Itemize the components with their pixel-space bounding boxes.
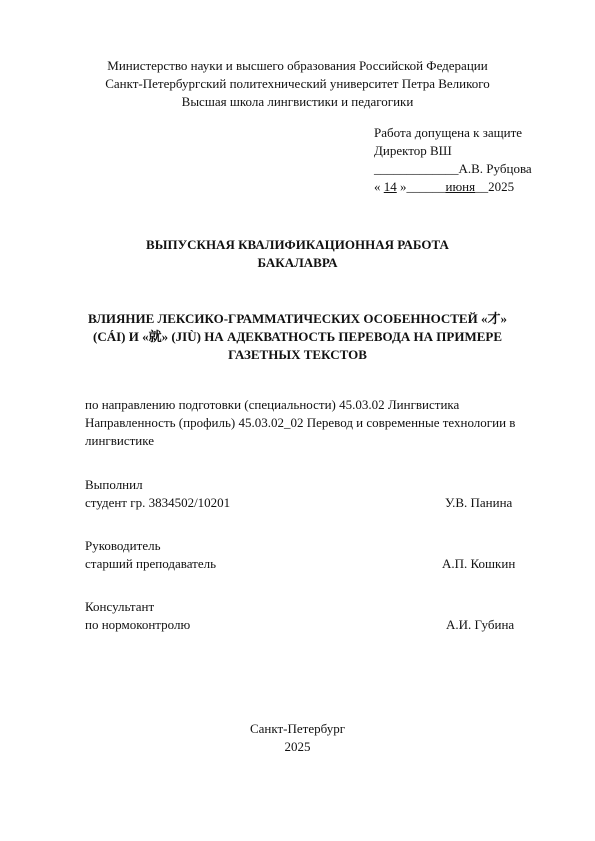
school-line: Высшая школа лингвистики и педагогики	[0, 93, 595, 111]
date-month: июня	[446, 179, 476, 194]
work-type: ВЫПУСКНАЯ КВАЛИФИКАЦИОННАЯ РАБОТА БАКАЛА…	[0, 236, 595, 272]
program-info: по направлению подготовки (специальности…	[85, 396, 555, 450]
director-title: Директор ВШ	[374, 142, 532, 160]
date-quote-close: »	[397, 179, 407, 194]
university-line: Санкт-Петербургский политехнический унив…	[0, 75, 595, 93]
supervisor-role: Руководитель	[85, 537, 555, 555]
footer: Санкт-Петербург 2025	[0, 720, 595, 756]
program-profile-cont: лингвистике	[85, 432, 555, 450]
performer-position: студент гр. 3834502/10201	[85, 495, 230, 510]
footer-year: 2025	[0, 738, 595, 756]
approval-block: Работа допущена к защите Директор ВШ ___…	[374, 124, 532, 196]
ministry-header: Министерство науки и высшего образования…	[0, 57, 595, 111]
signature-blank: _____________	[374, 161, 459, 176]
supervisor-name: А.П. Кошкин	[442, 555, 515, 573]
date-day: 14	[384, 179, 397, 194]
signatory-performer: Выполнил студент гр. 3834502/10201 У.В. …	[85, 476, 555, 512]
program-direction: по направлению подготовки (специальности…	[85, 396, 555, 414]
footer-city: Санкт-Петербург	[0, 720, 595, 738]
thesis-title: ВЛИЯНИЕ ЛЕКСИКО-ГРАММАТИЧЕСКИХ ОСОБЕННОС…	[0, 310, 595, 364]
ministry-line: Министерство науки и высшего образования…	[0, 57, 595, 75]
approval-date: « 14 »______июня__2025	[374, 178, 532, 196]
signatory-consultant: Консультант по нормоконтролю А.И. Губина	[85, 598, 555, 634]
thesis-title-line2: (CÁI) И «就» (JIÙ) НА АДЕКВАТНОСТЬ ПЕРЕВО…	[0, 328, 595, 346]
date-quote-open: «	[374, 179, 384, 194]
performer-role: Выполнил	[85, 476, 555, 494]
consultant-position: по нормоконтролю	[85, 617, 190, 632]
signatory-supervisor: Руководитель старший преподаватель А.П. …	[85, 537, 555, 573]
supervisor-position: старший преподаватель	[85, 556, 216, 571]
work-type-line2: БАКАЛАВРА	[0, 254, 595, 272]
thesis-title-line1: ВЛИЯНИЕ ЛЕКСИКО-ГРАММАТИЧЕСКИХ ОСОБЕННОС…	[0, 310, 595, 328]
performer-name: У.В. Панина	[445, 494, 512, 512]
thesis-title-line3: ГАЗЕТНЫХ ТЕКСТОВ	[0, 346, 595, 364]
consultant-role: Консультант	[85, 598, 555, 616]
month-blank-right: __	[475, 179, 488, 194]
consultant-name: А.И. Губина	[446, 616, 514, 634]
approval-text: Работа допущена к защите	[374, 124, 532, 142]
program-profile: Направленность (профиль) 45.03.02_02 Пер…	[85, 414, 555, 432]
month-blank-left: ______	[407, 179, 446, 194]
director-name: А.В. Рубцова	[459, 161, 532, 176]
director-signature-line: _____________А.В. Рубцова	[374, 160, 532, 178]
date-year: 2025	[488, 179, 514, 194]
work-type-line1: ВЫПУСКНАЯ КВАЛИФИКАЦИОННАЯ РАБОТА	[0, 236, 595, 254]
